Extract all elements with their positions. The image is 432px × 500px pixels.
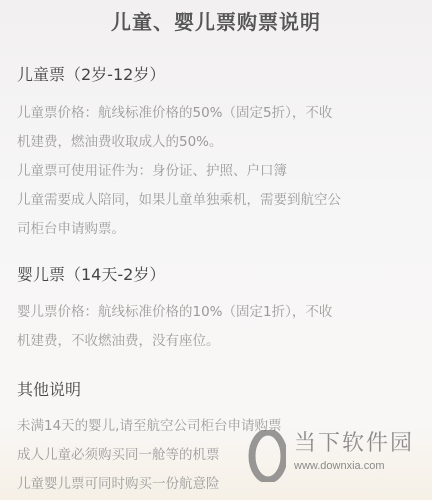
section-heading-other-notes: 其他说明 <box>17 377 81 400</box>
text-line: 司柜台申请购票。 <box>17 215 417 244</box>
text-line: 婴儿票价格：航线标准价格的10%（固定1折），不收 <box>17 298 417 327</box>
section-body-child-ticket: 儿童票价格：航线标准价格的50%（固定5折），不收 机建费，燃油费收取成人的50… <box>17 99 417 244</box>
section-heading-infant-ticket: 婴儿票（14天-2岁） <box>17 262 165 285</box>
watermark: 当下软件园 www.downxia.com <box>246 426 426 486</box>
section-body-infant-ticket: 婴儿票价格：航线标准价格的10%（固定1折），不收 机建费，不收燃油费，没有座位… <box>17 298 417 356</box>
text-line: 儿童需要成人陪同，如果儿童单独乘机，需要到航空公 <box>17 186 417 215</box>
text-line: 儿童票价格：航线标准价格的50%（固定5折），不收 <box>17 99 417 128</box>
section-heading-child-ticket: 儿童票（2岁-12岁） <box>17 62 165 85</box>
downxia-logo-icon <box>246 430 286 482</box>
page-title: 儿童、婴儿票购票说明 <box>0 6 432 35</box>
text-line: 机建费，不收燃油费，没有座位。 <box>17 327 417 356</box>
text-line: 机建费，燃油费收取成人的50%。 <box>17 128 417 157</box>
watermark-name: 当下软件园 <box>294 426 414 457</box>
text-line: 儿童票可使用证件为：身份证、护照、户口簿 <box>17 157 417 186</box>
watermark-url: www.downxia.com <box>294 460 384 472</box>
